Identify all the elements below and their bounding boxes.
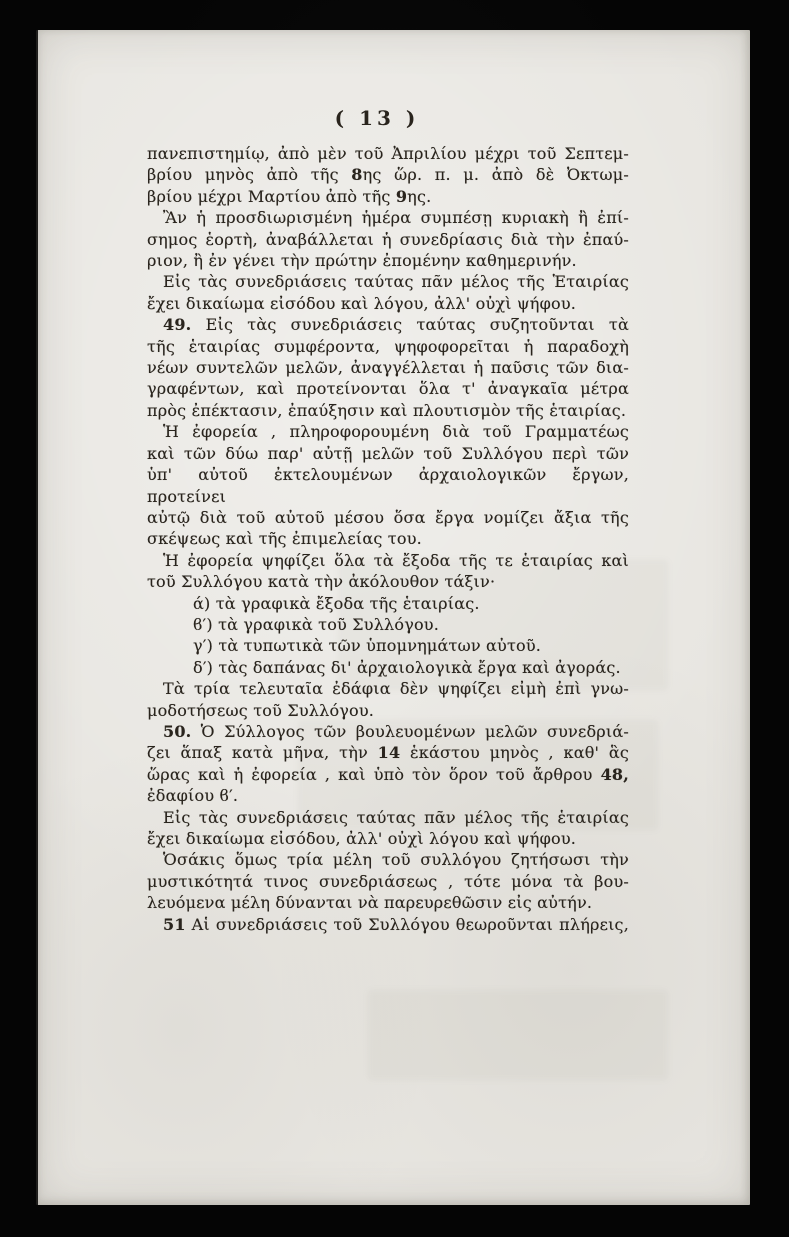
article-number: 50. xyxy=(163,722,191,741)
text-line: ἔχει δικαίωμα εἰσόδου, ἀλλ' οὐχὶ λόγου κ… xyxy=(147,828,629,849)
text-segment: ης ὥρ. π. μ. ἀπὸ δὲ Ὀκτωμ- xyxy=(363,165,629,184)
text-line: γραφέντων, καὶ προτείνονται ὅλα τ' ἀναγκ… xyxy=(147,378,629,399)
text-line: ὥρας καὶ ἡ ἐφορεία , καὶ ὑπὸ τὸν ὅρον το… xyxy=(147,764,629,785)
article-number: 9 xyxy=(396,187,407,206)
text-line: ἔχει δικαίωμα εἰσόδου καὶ λόγου, ἀλλ' οὐ… xyxy=(147,293,629,314)
text-line: δ′) τὰς δαπάνας δι' ἀρχαιολογικὰ ἔργα κα… xyxy=(147,657,629,678)
text-line: καὶ τῶν δύω παρ' αὐτῇ μελῶν τοῦ Συλλόγου… xyxy=(147,443,629,464)
text-line: λευόμενα μέλη δύνανται νὰ παρευρεθῶσιν ε… xyxy=(147,892,629,913)
text-line: 50. Ὁ Σύλλογος τῶν βουλευομένων μελῶν συ… xyxy=(147,721,629,742)
text-line: τῆς ἑταιρίας συμφέροντα, ψηφοφορεῖται ἡ … xyxy=(147,336,629,357)
text-segment: ζει ἅπαξ κατὰ μῆνα, τὴν xyxy=(147,743,378,762)
text-line: μοδοτήσεως τοῦ Συλλόγου. xyxy=(147,700,629,721)
text-line: Ἡ ἐφορεία , πληροφορουμένη διὰ τοῦ Γραμμ… xyxy=(147,421,629,442)
article-number: 8 xyxy=(351,165,362,184)
text-line: ἐδαφίου ϐ′. xyxy=(147,785,629,806)
text-line: Τὰ τρία τελευταῖα ἐδάφια δὲν ψηφίζει εἰμ… xyxy=(147,678,629,699)
text-line: ζει ἅπαξ κατὰ μῆνα, τὴν 14 ἑκάστου μηνὸς… xyxy=(147,742,629,763)
text-line: αὐτῷ διὰ τοῦ αὐτοῦ μέσου ὅσα ἔργα νομίζε… xyxy=(147,507,629,528)
text-segment: Εἰς τὰς συνεδριάσεις ταύτας συζητοῦνται … xyxy=(191,315,629,334)
article-number: 49. xyxy=(163,315,191,334)
text-line: σκέψεως καὶ τῆς ἐπιμελείας του. xyxy=(147,528,629,549)
text-line: 49. Εἰς τὰς συνεδριάσεις ταύτας συζητοῦν… xyxy=(147,314,629,335)
text-line: γ′) τὰ τυπωτικὰ τῶν ὑπομνημάτων αὐτοῦ. xyxy=(147,635,629,656)
text-line: ριον, ἢ ἐν γένει τὴν πρώτην ἐπομένην καθ… xyxy=(147,250,629,271)
text-line: Ἂν ἡ προσδιωρισμένη ἡμέρα συμπέσῃ κυριακ… xyxy=(147,207,629,228)
text-segment: Αἱ συνεδριάσεις τοῦ Συλλόγου θεωροῦνται … xyxy=(186,915,629,934)
text-line: βρίου μέχρι Μαρτίου ἀπὸ τῆς 9ης. xyxy=(147,186,629,207)
text-line: ά) τὰ γραφικὰ ἔξοδα τῆς ἑταιρίας. xyxy=(147,593,629,614)
ink-bleed-through xyxy=(368,990,668,1080)
text-line: Εἰς τὰς συνεδριάσεις ταύτας πᾶν μέλος τῆ… xyxy=(147,271,629,292)
text-line: Εἰς τὰς συνεδριάσεις ταύτας πᾶν μέλος τῆ… xyxy=(147,807,629,828)
text-segment: Ὁ Σύλλογος τῶν βουλευομένων μελῶν συνεδρ… xyxy=(191,722,629,741)
text-line: μυστικότητά τινος συνεδριάσεως , τότε μό… xyxy=(147,871,629,892)
text-line: βρίου μηνὸς ἀπὸ τῆς 8ης ὥρ. π. μ. ἀπὸ δὲ… xyxy=(147,164,629,185)
text-segment: ης. xyxy=(407,187,431,206)
text-line: Ὁσάκις ὅμως τρία μέλη τοῦ συλλόγου ζητήσ… xyxy=(147,849,629,870)
article-number: 48, xyxy=(601,765,629,784)
text-segment: ἑκάστου μηνὸς , καθ' ἃς xyxy=(400,743,629,762)
text-line: Ἡ ἐφορεία ψηφίζει ὅλα τὰ ἔξοδα τῆς τε ἑτ… xyxy=(147,550,629,571)
article-number: 14 xyxy=(378,743,401,762)
text-line: σημος ἑορτὴ, ἀναβάλλεται ἡ συνεδρίασις δ… xyxy=(147,229,629,250)
text-line: ϐ′) τὰ γραφικὰ τοῦ Συλλόγου. xyxy=(147,614,629,635)
text-line: νέων συντελῶν μελῶν, ἀναγγέλλεται ἡ παῦσ… xyxy=(147,357,629,378)
page-text: πανεπιστημίῳ, ἀπὸ μὲν τοῦ Ἀπριλίου μέχρι… xyxy=(147,143,629,935)
text-segment: βρίου μηνὸς ἀπὸ τῆς xyxy=(147,165,351,184)
text-line: τοῦ Συλλόγου κατὰ τὴν ἀκόλουθον τάξιν· xyxy=(147,571,629,592)
scanned-page: ( 13 ) πανεπιστημίῳ, ἀπὸ μὲν τοῦ Ἀπριλίο… xyxy=(36,30,750,1205)
text-line: πανεπιστημίῳ, ἀπὸ μὲν τοῦ Ἀπριλίου μέχρι… xyxy=(147,143,629,164)
text-line: πρὸς ἐπέκτασιν, ἐπαύξησιν καὶ πλουτισμὸν… xyxy=(147,400,629,421)
text-line: ὑπ' αὐτοῦ ἐκτελουμένων ἀρχαιολογικῶν ἔργ… xyxy=(147,464,629,507)
text-segment: βρίου μέχρι Μαρτίου ἀπὸ τῆς xyxy=(147,187,396,206)
page-number: ( 13 ) xyxy=(147,106,607,130)
text-line: 51 Αἱ συνεδριάσεις τοῦ Συλλόγου θεωροῦντ… xyxy=(147,914,629,935)
text-segment: ὥρας καὶ ἡ ἐφορεία , καὶ ὑπὸ τὸν ὅρον το… xyxy=(147,765,601,784)
article-number: 51 xyxy=(163,915,186,934)
